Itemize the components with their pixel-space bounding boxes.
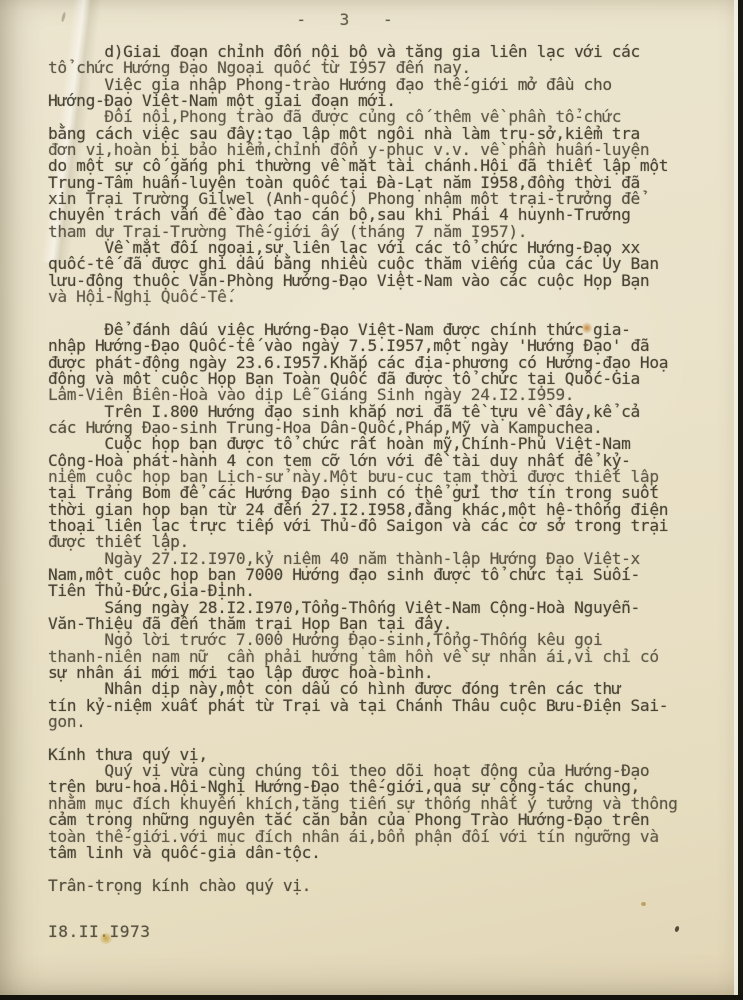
text-line: xin Trại Trường Gilwel (Anh-quốc) Phong …: [48, 191, 713, 207]
paper-speck: [641, 902, 646, 906]
text-line: Trân-trọng kính chào quý vị.: [48, 878, 713, 894]
document-body: d)Giai đoạn chỉnh đốn nội bộ và tăng gia…: [48, 44, 713, 894]
paper-speck: [674, 925, 680, 932]
text-line: gon.: [48, 714, 713, 730]
text-line: và Hội-Nghị Quốc-Tế.: [48, 289, 713, 305]
text-line: các Hướng Đạo-sinh Trung-Hoa Dân-Quốc,Ph…: [48, 420, 713, 436]
text-line: niệm cuộc họp bạn Lịch-sử này.Một bưu-cụ…: [48, 469, 713, 485]
text-line: đơn vị,hoàn bị bảo hiểm,chỉnh đốn y-phục…: [48, 142, 713, 158]
page-number: - 3 -: [0, 10, 743, 29]
scan-background-edge: [738, 0, 743, 1000]
text-line: tham dự Trại-Trường Thế-giới ấy (tháng 7…: [48, 224, 713, 240]
text-line: Việc gia nhập Phong-trào Hướng đạo thế-g…: [48, 77, 713, 93]
text-line: Đối nội,Phong trào đã được củng cố thêm …: [48, 109, 713, 125]
text-line: thanh-niên nam nữ cần phải hướng tâm hồn…: [48, 649, 713, 665]
text-line: nhằm mục đích khuyến khích,tăng tiến sự …: [48, 796, 713, 812]
text-line: Ngày 27.I2.I970,kỷ niệm 40 năm thành-lập…: [48, 551, 713, 567]
text-line: toàn thế-giới.với mục đích nhân ái,bổn p…: [48, 829, 713, 845]
text-line: Quý vị vừa cùng chúng tôi theo dõi hoạt …: [48, 763, 713, 779]
text-line: tín kỷ-niệm xuất phát từ Trại và tại Chá…: [48, 698, 713, 714]
text-line: [48, 306, 713, 322]
scan-background-edge: [0, 995, 743, 1000]
scanned-document-page: - 3 - d)Giai đoạn chỉnh đốn nội bộ và tă…: [0, 0, 743, 1000]
text-line: tâm linh và quốc-gia dân-tộc.: [48, 845, 713, 861]
document-date: I8.II.I973: [48, 922, 150, 941]
paper-edge: [734, 0, 738, 1000]
text-line: Lâm-Viên Biên-Hoà vào dịp Lễ Giáng Sinh …: [48, 387, 713, 403]
